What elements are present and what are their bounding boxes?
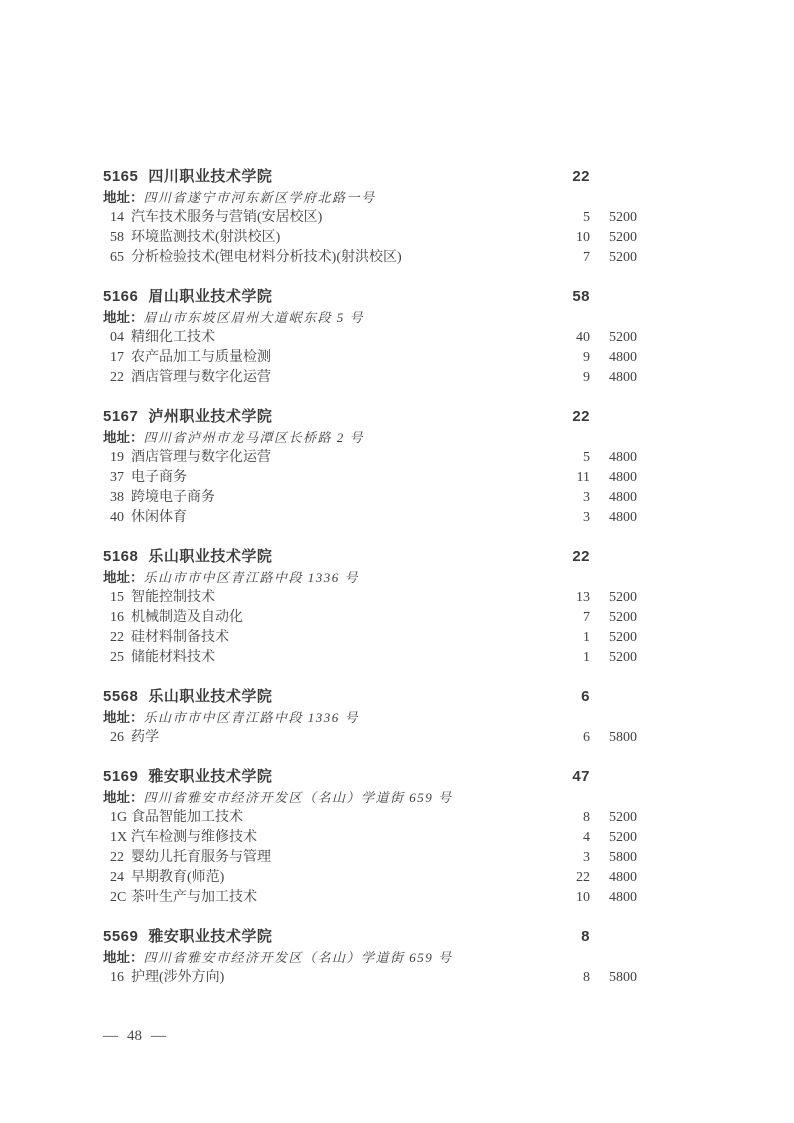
major-tuition-fee: 4800 — [590, 508, 637, 528]
major-code: 2C — [110, 888, 131, 908]
major-code: 17 — [110, 348, 131, 368]
major-code: 58 — [110, 228, 131, 248]
major-row: 04 精细化工技术 40 5200 — [103, 328, 637, 348]
major-row: 19 酒店管理与数字化运营 5 4800 — [103, 448, 637, 468]
address-text: 乐山市市中区青江路中段 1336 号 — [144, 570, 360, 585]
college-section: 5167 泸州职业技术学院 22 地址：四川省泸州市龙马潭区长桥路 2 号 19… — [103, 406, 637, 528]
major-code: 65 — [110, 248, 131, 268]
address-text: 四川省遂宁市河东新区学府北路一号 — [144, 190, 376, 205]
major-name: 硅材料制备技术 — [131, 628, 550, 648]
major-tuition-fee: 4800 — [590, 488, 637, 508]
college-code: 5167 — [103, 406, 138, 428]
address-label: 地址： — [103, 310, 144, 325]
major-tuition-fee: 5200 — [590, 588, 637, 608]
college-name: 乐山职业技术学院 — [148, 686, 550, 708]
college-section: 5166 眉山职业技术学院 58 地址：眉山市东坡区眉州大道岷东段 5 号 04… — [103, 286, 637, 388]
major-admission-count: 3 — [550, 848, 590, 868]
major-row: 22 硅材料制备技术 1 5200 — [103, 628, 637, 648]
major-admission-count: 13 — [550, 588, 590, 608]
major-admission-count: 40 — [550, 328, 590, 348]
major-tuition-fee: 4800 — [590, 868, 637, 888]
major-tuition-fee: 4800 — [590, 368, 637, 388]
major-name: 婴幼儿托育服务与管理 — [131, 848, 550, 868]
college-name: 眉山职业技术学院 — [148, 286, 550, 308]
college-code: 5166 — [103, 286, 138, 308]
major-code: 37 — [110, 468, 131, 488]
major-name: 酒店管理与数字化运营 — [131, 448, 550, 468]
major-code: 26 — [110, 728, 131, 748]
major-name: 休闲体育 — [131, 508, 550, 528]
page-footer: — 48 — — [103, 1026, 166, 1046]
major-admission-count: 11 — [550, 468, 590, 488]
college-majors: 04 精细化工技术 40 5200 17 农产品加工与质量检测 9 4800 2… — [103, 328, 637, 388]
college-code: 5568 — [103, 686, 138, 708]
college-address: 地址：四川省遂宁市河东新区学府北路一号 — [103, 188, 637, 208]
address-label: 地址： — [103, 190, 144, 205]
major-admission-count: 1 — [550, 628, 590, 648]
major-admission-count: 10 — [550, 228, 590, 248]
major-row: 2C 茶叶生产与加工技术 10 4800 — [103, 888, 637, 908]
major-admission-count: 8 — [550, 808, 590, 828]
major-code: 22 — [110, 368, 131, 388]
college-address: 地址：四川省雅安市经济开发区（名山）学道街 659 号 — [103, 948, 637, 968]
major-name: 分析检验技术(锂电材料分析技术)(射洪校区) — [131, 248, 550, 268]
college-header: 5169 雅安职业技术学院 47 — [103, 766, 637, 788]
college-header: 5165 四川职业技术学院 22 — [103, 166, 637, 188]
college-header: 5569 雅安职业技术学院 8 — [103, 926, 637, 948]
major-name: 药学 — [131, 728, 550, 748]
major-name: 环境监测技术(射洪校区) — [131, 228, 550, 248]
major-row: 22 酒店管理与数字化运营 9 4800 — [103, 368, 637, 388]
college-name: 雅安职业技术学院 — [148, 766, 550, 788]
college-majors: 15 智能控制技术 13 5200 16 机械制造及自动化 7 5200 22 … — [103, 588, 637, 668]
major-name: 精细化工技术 — [131, 328, 550, 348]
major-row: 25 储能材料技术 1 5200 — [103, 648, 637, 668]
major-row: 24 早期教育(师范) 22 4800 — [103, 868, 637, 888]
major-name: 早期教育(师范) — [131, 868, 550, 888]
college-list: 5165 四川职业技术学院 22 地址：四川省遂宁市河东新区学府北路一号 14 … — [103, 166, 637, 1006]
major-code: 40 — [110, 508, 131, 528]
major-tuition-fee: 5800 — [590, 968, 637, 988]
major-row: 26 药学 6 5800 — [103, 728, 637, 748]
major-name: 酒店管理与数字化运营 — [131, 368, 550, 388]
major-admission-count: 1 — [550, 648, 590, 668]
major-admission-count: 5 — [550, 208, 590, 228]
major-admission-count: 6 — [550, 728, 590, 748]
major-row: 16 护理(涉外方向) 8 5800 — [103, 968, 637, 988]
major-tuition-fee: 4800 — [590, 468, 637, 488]
major-code: 22 — [110, 848, 131, 868]
college-total-count: 6 — [550, 686, 590, 708]
major-tuition-fee: 5200 — [590, 248, 637, 268]
major-code: 19 — [110, 448, 131, 468]
major-tuition-fee: 5200 — [590, 828, 637, 848]
major-tuition-fee: 4800 — [590, 348, 637, 368]
college-name: 泸州职业技术学院 — [148, 406, 550, 428]
address-text: 眉山市东坡区眉州大道岷东段 5 号 — [144, 310, 365, 325]
major-name: 护理(涉外方向) — [131, 968, 550, 988]
major-admission-count: 5 — [550, 448, 590, 468]
page-number: 48 — [127, 1026, 142, 1046]
major-tuition-fee: 5200 — [590, 648, 637, 668]
college-majors: 14 汽车技术服务与营销(安居校区) 5 5200 58 环境监测技术(射洪校区… — [103, 208, 637, 268]
major-code: 16 — [110, 608, 131, 628]
major-row: 17 农产品加工与质量检测 9 4800 — [103, 348, 637, 368]
major-admission-count: 10 — [550, 888, 590, 908]
major-admission-count: 22 — [550, 868, 590, 888]
college-code: 5165 — [103, 166, 138, 188]
college-section: 5165 四川职业技术学院 22 地址：四川省遂宁市河东新区学府北路一号 14 … — [103, 166, 637, 268]
major-code: 25 — [110, 648, 131, 668]
major-name: 智能控制技术 — [131, 588, 550, 608]
major-name: 汽车检测与维修技术 — [131, 828, 550, 848]
college-majors: 26 药学 6 5800 — [103, 728, 637, 748]
college-name: 雅安职业技术学院 — [148, 926, 550, 948]
college-header: 5168 乐山职业技术学院 22 — [103, 546, 637, 568]
major-tuition-fee: 5200 — [590, 608, 637, 628]
college-total-count: 47 — [550, 766, 590, 788]
major-row: 40 休闲体育 3 4800 — [103, 508, 637, 528]
major-tuition-fee: 5200 — [590, 208, 637, 228]
major-code: 24 — [110, 868, 131, 888]
college-header: 5166 眉山职业技术学院 58 — [103, 286, 637, 308]
major-name: 跨境电子商务 — [131, 488, 550, 508]
college-total-count: 58 — [550, 286, 590, 308]
college-total-count: 22 — [550, 406, 590, 428]
college-majors: 16 护理(涉外方向) 8 5800 — [103, 968, 637, 988]
college-majors: 19 酒店管理与数字化运营 5 4800 37 电子商务 11 4800 38 … — [103, 448, 637, 528]
major-row: 14 汽车技术服务与营销(安居校区) 5 5200 — [103, 208, 637, 228]
major-tuition-fee: 5200 — [590, 328, 637, 348]
major-code: 16 — [110, 968, 131, 988]
major-admission-count: 9 — [550, 348, 590, 368]
college-header: 5568 乐山职业技术学院 6 — [103, 686, 637, 708]
major-admission-count: 8 — [550, 968, 590, 988]
footer-dash-left: — — [103, 1026, 118, 1046]
major-code: 15 — [110, 588, 131, 608]
footer-dash-right: — — [151, 1026, 166, 1046]
major-admission-count: 7 — [550, 608, 590, 628]
major-admission-count: 9 — [550, 368, 590, 388]
major-code: 22 — [110, 628, 131, 648]
address-label: 地址： — [103, 950, 144, 965]
college-section: 5169 雅安职业技术学院 47 地址：四川省雅安市经济开发区（名山）学道街 6… — [103, 766, 637, 908]
major-tuition-fee: 4800 — [590, 888, 637, 908]
college-section: 5168 乐山职业技术学院 22 地址：乐山市市中区青江路中段 1336 号 1… — [103, 546, 637, 668]
major-admission-count: 7 — [550, 248, 590, 268]
major-tuition-fee: 5200 — [590, 808, 637, 828]
major-code: 38 — [110, 488, 131, 508]
major-code: 1X — [110, 828, 131, 848]
address-label: 地址： — [103, 710, 144, 725]
college-code: 5569 — [103, 926, 138, 948]
major-name: 电子商务 — [131, 468, 550, 488]
college-address: 地址：眉山市东坡区眉州大道岷东段 5 号 — [103, 308, 637, 328]
major-name: 食品智能加工技术 — [131, 808, 550, 828]
major-row: 1G 食品智能加工技术 8 5200 — [103, 808, 637, 828]
college-address: 地址：乐山市市中区青江路中段 1336 号 — [103, 708, 637, 728]
major-row: 38 跨境电子商务 3 4800 — [103, 488, 637, 508]
major-row: 22 婴幼儿托育服务与管理 3 5800 — [103, 848, 637, 868]
major-name: 农产品加工与质量检测 — [131, 348, 550, 368]
major-tuition-fee: 4800 — [590, 448, 637, 468]
major-row: 16 机械制造及自动化 7 5200 — [103, 608, 637, 628]
college-name: 四川职业技术学院 — [148, 166, 550, 188]
college-section: 5569 雅安职业技术学院 8 地址：四川省雅安市经济开发区（名山）学道街 65… — [103, 926, 637, 988]
major-row: 1X 汽车检测与维修技术 4 5200 — [103, 828, 637, 848]
college-total-count: 22 — [550, 546, 590, 568]
major-code: 14 — [110, 208, 131, 228]
college-majors: 1G 食品智能加工技术 8 5200 1X 汽车检测与维修技术 4 5200 2… — [103, 808, 637, 908]
major-name: 储能材料技术 — [131, 648, 550, 668]
major-name: 汽车技术服务与营销(安居校区) — [131, 208, 550, 228]
college-address: 地址：四川省泸州市龙马潭区长桥路 2 号 — [103, 428, 637, 448]
major-code: 04 — [110, 328, 131, 348]
college-address: 地址：四川省雅安市经济开发区（名山）学道街 659 号 — [103, 788, 637, 808]
college-total-count: 22 — [550, 166, 590, 188]
address-label: 地址： — [103, 570, 144, 585]
address-text: 四川省雅安市经济开发区（名山）学道街 659 号 — [144, 790, 453, 805]
major-row: 58 环境监测技术(射洪校区) 10 5200 — [103, 228, 637, 248]
address-label: 地址： — [103, 430, 144, 445]
major-row: 65 分析检验技术(锂电材料分析技术)(射洪校区) 7 5200 — [103, 248, 637, 268]
address-text: 四川省雅安市经济开发区（名山）学道街 659 号 — [144, 950, 453, 965]
address-text: 四川省泸州市龙马潭区长桥路 2 号 — [144, 430, 365, 445]
college-code: 5168 — [103, 546, 138, 568]
college-code: 5169 — [103, 766, 138, 788]
major-tuition-fee: 5200 — [590, 228, 637, 248]
major-admission-count: 4 — [550, 828, 590, 848]
major-tuition-fee: 5800 — [590, 848, 637, 868]
major-name: 机械制造及自动化 — [131, 608, 550, 628]
major-name: 茶叶生产与加工技术 — [131, 888, 550, 908]
major-code: 1G — [110, 808, 131, 828]
address-text: 乐山市市中区青江路中段 1336 号 — [144, 710, 360, 725]
college-section: 5568 乐山职业技术学院 6 地址：乐山市市中区青江路中段 1336 号 26… — [103, 686, 637, 748]
college-name: 乐山职业技术学院 — [148, 546, 550, 568]
major-admission-count: 3 — [550, 508, 590, 528]
college-address: 地址：乐山市市中区青江路中段 1336 号 — [103, 568, 637, 588]
address-label: 地址： — [103, 790, 144, 805]
major-row: 37 电子商务 11 4800 — [103, 468, 637, 488]
major-tuition-fee: 5200 — [590, 628, 637, 648]
major-row: 15 智能控制技术 13 5200 — [103, 588, 637, 608]
college-header: 5167 泸州职业技术学院 22 — [103, 406, 637, 428]
major-admission-count: 3 — [550, 488, 590, 508]
college-total-count: 8 — [550, 926, 590, 948]
major-tuition-fee: 5800 — [590, 728, 637, 748]
document-page: 5165 四川职业技术学院 22 地址：四川省遂宁市河东新区学府北路一号 14 … — [0, 0, 794, 1123]
